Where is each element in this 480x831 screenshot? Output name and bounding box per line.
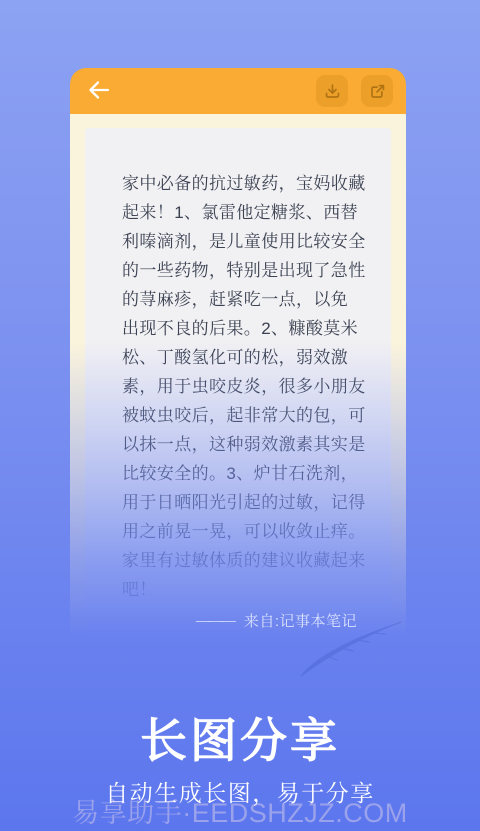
note-text-line: 用于日晒阳光引起的过敏，记得 [122, 488, 369, 517]
note-text-line: 的荨麻疹，赶紧吃一点，以免 [122, 285, 369, 314]
note-text-line: 吧！ [122, 575, 369, 604]
share-button[interactable] [361, 75, 393, 107]
note-text-line: 被蚊虫咬后，起非常大的包，可 [122, 401, 369, 430]
feature-title: 长图分享 [0, 704, 480, 771]
note-text-line: 比较安全的。3、炉甘石洗剂， [122, 459, 369, 488]
note-preview-card: 家中必备的抗过敏药，宝妈收藏起来！1、氯雷他定糖浆、西替利嗪滴剂，是儿童使用比较… [70, 68, 406, 662]
note-text-line: 起来！1、氯雷他定糖浆、西替 [122, 198, 369, 227]
note-text-line: 的一些药物，特别是出现了急性 [122, 256, 369, 285]
share-icon [368, 82, 387, 101]
back-button[interactable] [82, 75, 116, 107]
note-text: 家中必备的抗过敏药，宝妈收藏起来！1、氯雷他定糖浆、西替利嗪滴剂，是儿童使用比较… [122, 169, 369, 604]
note-text-line: 出现不良的后果。2、糠酸莫米 [122, 314, 369, 343]
note-text-line: 素，用于虫咬皮炎，很多小朋友 [122, 372, 369, 401]
arrow-left-icon [86, 79, 112, 104]
note-card-body: 家中必备的抗过敏药，宝妈收藏起来！1、氯雷他定糖浆、西替利嗪滴剂，是儿童使用比较… [70, 114, 406, 662]
note-text-line: 以抹一点，这种弱效激素其实是 [122, 430, 369, 459]
download-icon [323, 82, 342, 101]
note-text-line: 家中必备的抗过敏药，宝妈收藏 [122, 169, 369, 198]
appbar-actions [316, 75, 393, 107]
note-text-line: 松、丁酸氢化可的松，弱效激 [122, 343, 369, 372]
attribution-dash: ——— [196, 613, 235, 627]
note-text-line: 家里有过敏体质的建议收藏起来 [122, 546, 369, 575]
note-text-line: 用之前晃一晃，可以收敛止痒。 [122, 517, 369, 546]
download-button[interactable] [316, 75, 348, 107]
feature-subtitle: 自动生成长图，易于分享 [0, 775, 480, 808]
note-text-line: 利嗪滴剂，是儿童使用比较安全 [122, 227, 369, 256]
preview-appbar [70, 68, 406, 114]
note-text-panel: 家中必备的抗过敏药，宝妈收藏起来！1、氯雷他定糖浆、西替利嗪滴剂，是儿童使用比较… [85, 128, 391, 662]
feather-icon [297, 618, 407, 680]
